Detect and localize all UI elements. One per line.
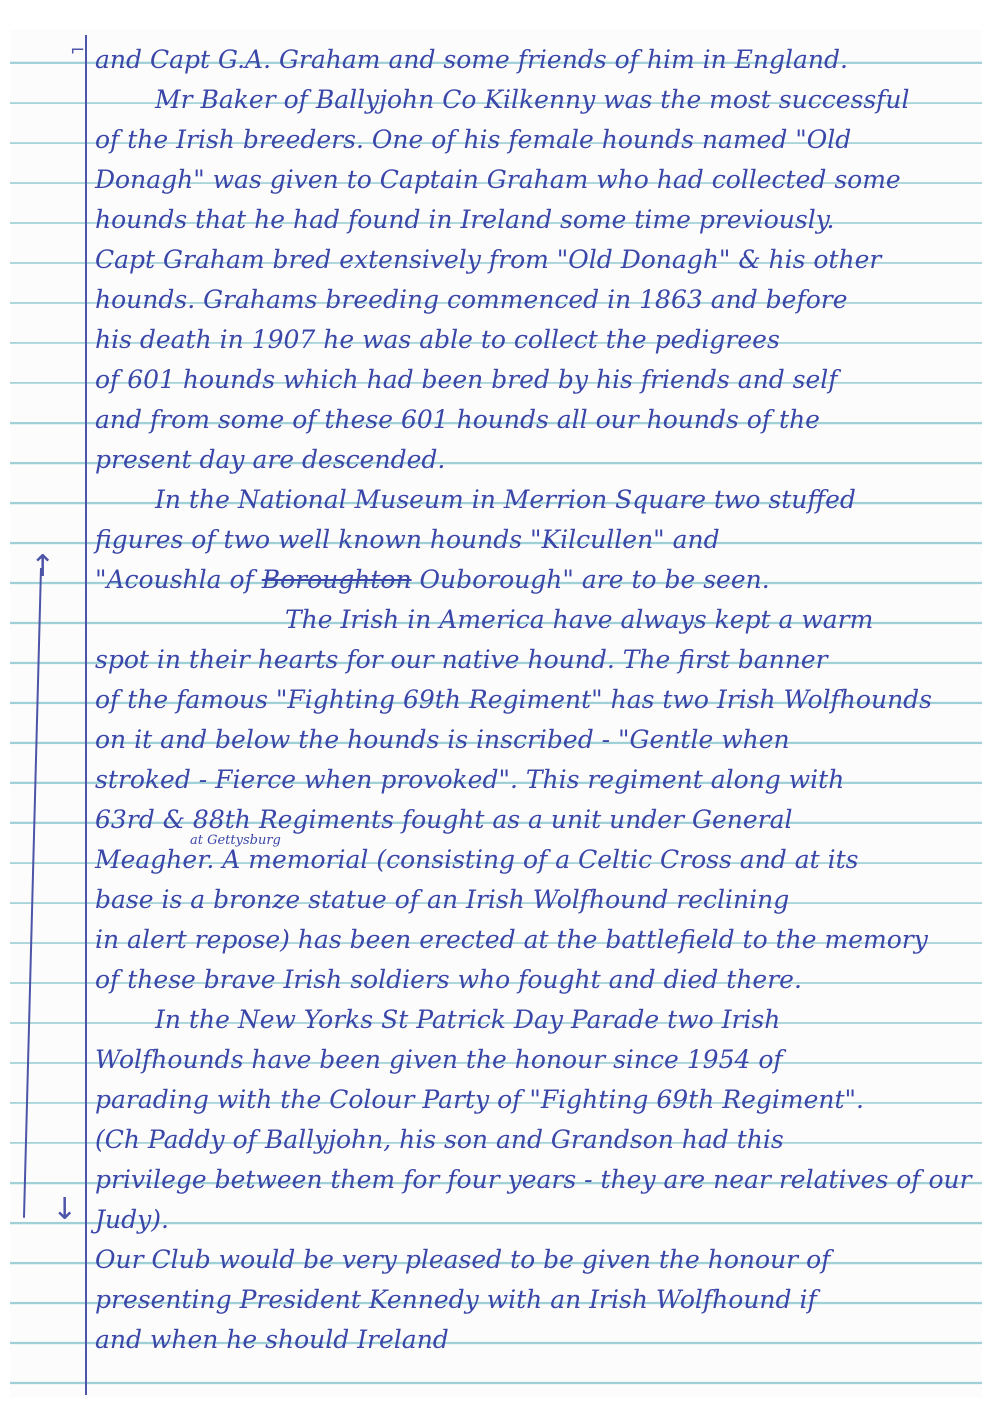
text-line: Wolfhounds have been given the honour si… [95,1040,975,1080]
arrow-up-icon: ↑ [30,552,55,582]
line-text: In the National Museum in Merrion Square… [155,485,856,514]
text-line: Donagh" was given to Captain Graham who … [95,160,975,200]
text-line: of these brave Irish soldiers who fought… [95,960,975,1000]
text-line: Judy). [95,1200,975,1240]
line-text: of these brave Irish soldiers who fought… [95,965,802,994]
text-line: parading with the Colour Party of "Fight… [95,1080,975,1120]
text-line: figures of two well known hounds "Kilcul… [95,520,975,560]
line-text: figures of two well known hounds "Kilcul… [95,525,720,554]
line-text: of the Irish breeders. One of his female… [95,125,851,154]
line-text: base is a bronze statue of an Irish Wolf… [95,885,789,914]
text-line: Mr Baker of Ballyjohn Co Kilkenny was th… [95,80,975,120]
line-text: Ouborough" are to be seen. [412,565,770,594]
arrow-down-icon: ↓ [52,1195,77,1225]
line-text: and from some of these 601 hounds all ou… [95,405,820,434]
line-text: on it and below the hounds is inscribed … [95,725,790,754]
text-line: hounds that he had found in Ireland some… [95,200,975,240]
line-text: 63rd & 88th Regiments fought as a unit u… [95,805,793,834]
text-line: stroked - Fierce when provoked". This re… [95,760,975,800]
line-text: hounds. Grahams breeding commenced in 18… [95,285,848,314]
struck-out-word: Boroughton [262,565,412,594]
text-line: presenting President Kennedy with an Iri… [95,1280,975,1320]
text-line: in alert repose) has been erected at the… [95,920,975,960]
text-line: Meagher. A memorial (consisting of a Cel… [95,840,975,880]
text-line: Capt Graham bred extensively from "Old D… [95,240,975,280]
line-text: and Capt G.A. Graham and some friends of… [95,45,848,74]
line-text: his death in 1907 he was able to collect… [95,325,780,354]
text-line: of the famous "Fighting 69th Regiment" h… [95,680,975,720]
text-line: privilege between them for four years - … [95,1160,975,1200]
line-text: stroked - Fierce when provoked". This re… [95,765,844,794]
text-line: present day are descended. [95,440,975,480]
line-text: present day are descended. [95,445,445,474]
line-text: spot in their hearts for our native houn… [95,645,828,674]
text-line: Our Club would be very pleased to be giv… [95,1240,975,1280]
line-text: of 601 hounds which had been bred by his… [95,365,838,394]
text-line: and from some of these 601 hounds all ou… [95,400,975,440]
text-line: on it and below the hounds is inscribed … [95,720,975,760]
text-line: hounds. Grahams breeding commenced in 18… [95,280,975,320]
line-text: presenting President Kennedy with an Iri… [95,1285,817,1314]
line-text: Our Club would be very pleased to be giv… [95,1245,830,1274]
line-text: Judy). [95,1205,169,1234]
line-text: and when he should Ireland [95,1325,449,1354]
margin-tick-mark: ⌐ [70,40,85,61]
line-text: Mr Baker of Ballyjohn Co Kilkenny was th… [155,85,910,114]
text-line: In the New Yorks St Patrick Day Parade t… [95,1000,975,1040]
line-text: hounds that he had found in Ireland some… [95,205,834,234]
text-line: The Irish in America have always kept a … [95,600,975,640]
line-text: Capt Graham bred extensively from "Old D… [95,245,881,274]
line-text: in alert repose) has been erected at the… [95,925,928,954]
line-text: parading with the Colour Party of "Fight… [95,1085,864,1114]
text-line: (Ch Paddy of Ballyjohn, his son and Gran… [95,1120,975,1160]
text-line: base is a bronze statue of an Irish Wolf… [95,880,975,920]
text-line: his death in 1907 he was able to collect… [95,320,975,360]
text-line: and when he should Ireland [95,1320,975,1360]
line-text: Wolfhounds have been given the honour si… [95,1045,783,1074]
text-line: spot in their hearts for our native houn… [95,640,975,680]
line-text: The Irish in America have always kept a … [285,605,873,634]
text-line: of 601 hounds which had been bred by his… [95,360,975,400]
line-text: of the famous "Fighting 69th Regiment" h… [95,685,932,714]
text-line: In the National Museum in Merrion Square… [95,480,975,520]
line-text: Meagher. A memorial (consisting of a Cel… [95,845,858,874]
margin-rule [85,35,87,1395]
interlinear-insertion: at Gettysburg [190,834,281,847]
line-text: (Ch Paddy of Ballyjohn, his son and Gran… [95,1125,784,1154]
line-text: In the New Yorks St Patrick Day Parade t… [155,1005,780,1034]
line-text: Donagh" was given to Captain Graham who … [95,165,901,194]
text-line: and Capt G.A. Graham and some friends of… [95,40,975,80]
text-line: of the Irish breeders. One of his female… [95,120,975,160]
line-text: "Acoushla of [95,565,262,594]
text-line: "Acoushla of Boroughton Ouborough" are t… [95,560,975,600]
line-text: privilege between them for four years - … [95,1165,972,1194]
handwritten-text-body: and Capt G.A. Graham and some friends of… [95,40,975,1360]
